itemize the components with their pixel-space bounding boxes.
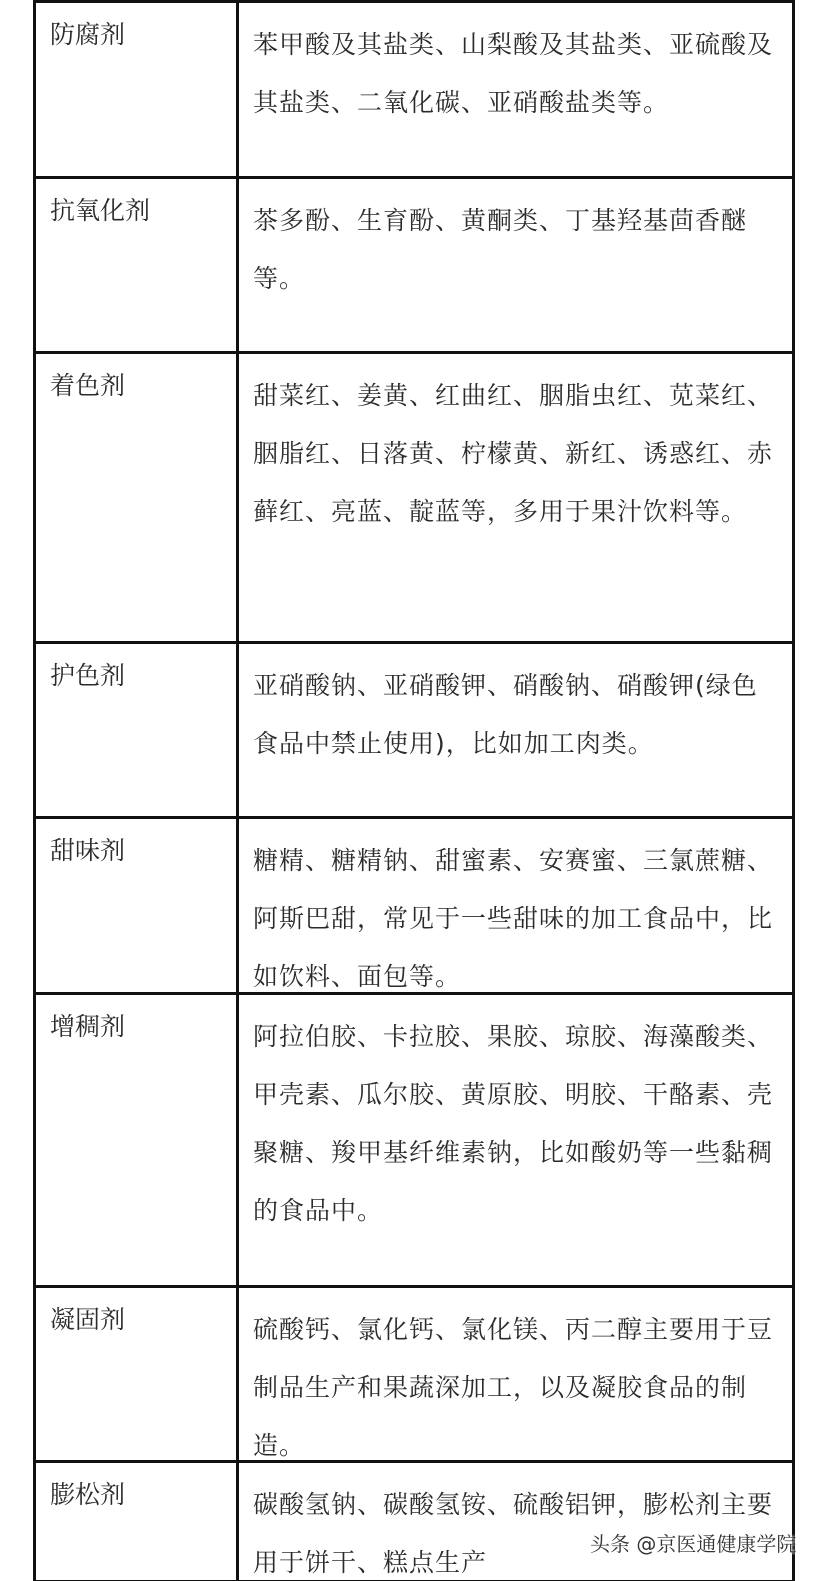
additive-examples: 碳酸氢钠、碳酸氢铵、硫酸铝钾，膨松剂主要用于饼干、糕点生产 [239, 1463, 792, 1580]
food-additives-table: 防腐剂 苯甲酸及其盐类、山梨酸及其盐类、亚硫酸及其盐类、二氧化碳、亚硝酸盐类等。… [33, 0, 795, 1581]
table-row-leavening-agent: 膨松剂 碳酸氢钠、碳酸氢铵、硫酸铝钾，膨松剂主要用于饼干、糕点生产 [36, 1463, 792, 1581]
table-row-preservative: 防腐剂 苯甲酸及其盐类、山梨酸及其盐类、亚硫酸及其盐类、二氧化碳、亚硝酸盐类等。 [36, 3, 792, 179]
table-row-thickener: 增稠剂 阿拉伯胶、卡拉胶、果胶、琼胶、海藻酸类、甲壳素、瓜尔胶、黄原胶、明胶、干… [36, 995, 792, 1288]
additive-category: 防腐剂 [36, 3, 239, 176]
additive-examples: 苯甲酸及其盐类、山梨酸及其盐类、亚硫酸及其盐类、二氧化碳、亚硝酸盐类等。 [239, 3, 792, 176]
additive-examples: 糖精、糖精钠、甜蜜素、安赛蜜、三氯蔗糖、阿斯巴甜，常见于一些甜味的加工食品中，比… [239, 819, 792, 992]
table-row-sweetener: 甜味剂 糖精、糖精钠、甜蜜素、安赛蜜、三氯蔗糖、阿斯巴甜，常见于一些甜味的加工食… [36, 819, 792, 995]
additive-examples: 茶多酚、生育酚、黄酮类、丁基羟基茴香醚等。 [239, 179, 792, 351]
additive-examples: 亚硝酸钠、亚硝酸钾、硝酸钠、硝酸钾(绿色食品中禁止使用)，比如加工肉类。 [239, 644, 792, 816]
table-row-color-fixative: 护色剂 亚硝酸钠、亚硝酸钾、硝酸钠、硝酸钾(绿色食品中禁止使用)，比如加工肉类。 [36, 644, 792, 819]
table-row-coagulant: 凝固剂 硫酸钙、氯化钙、氯化镁、丙二醇主要用于豆制品生产和果蔬深加工，以及凝胶食… [36, 1288, 792, 1463]
additive-category: 护色剂 [36, 644, 239, 816]
additive-examples: 阿拉伯胶、卡拉胶、果胶、琼胶、海藻酸类、甲壳素、瓜尔胶、黄原胶、明胶、干酪素、壳… [239, 995, 792, 1285]
additive-category: 膨松剂 [36, 1463, 239, 1580]
additive-category: 着色剂 [36, 354, 239, 641]
table-row-antioxidant: 抗氧化剂 茶多酚、生育酚、黄酮类、丁基羟基茴香醚等。 [36, 179, 792, 354]
table-row-colorant: 着色剂 甜菜红、姜黄、红曲红、胭脂虫红、苋菜红、胭脂红、日落黄、柠檬黄、新红、诱… [36, 354, 792, 644]
additive-category: 甜味剂 [36, 819, 239, 992]
additive-category: 增稠剂 [36, 995, 239, 1285]
additive-examples: 硫酸钙、氯化钙、氯化镁、丙二醇主要用于豆制品生产和果蔬深加工，以及凝胶食品的制造… [239, 1288, 792, 1460]
additive-category: 凝固剂 [36, 1288, 239, 1460]
additive-category: 抗氧化剂 [36, 179, 239, 351]
additive-examples: 甜菜红、姜黄、红曲红、胭脂虫红、苋菜红、胭脂红、日落黄、柠檬黄、新红、诱惑红、赤… [239, 354, 792, 641]
source-watermark: 头条 @京医通健康学院 [590, 1528, 796, 1557]
